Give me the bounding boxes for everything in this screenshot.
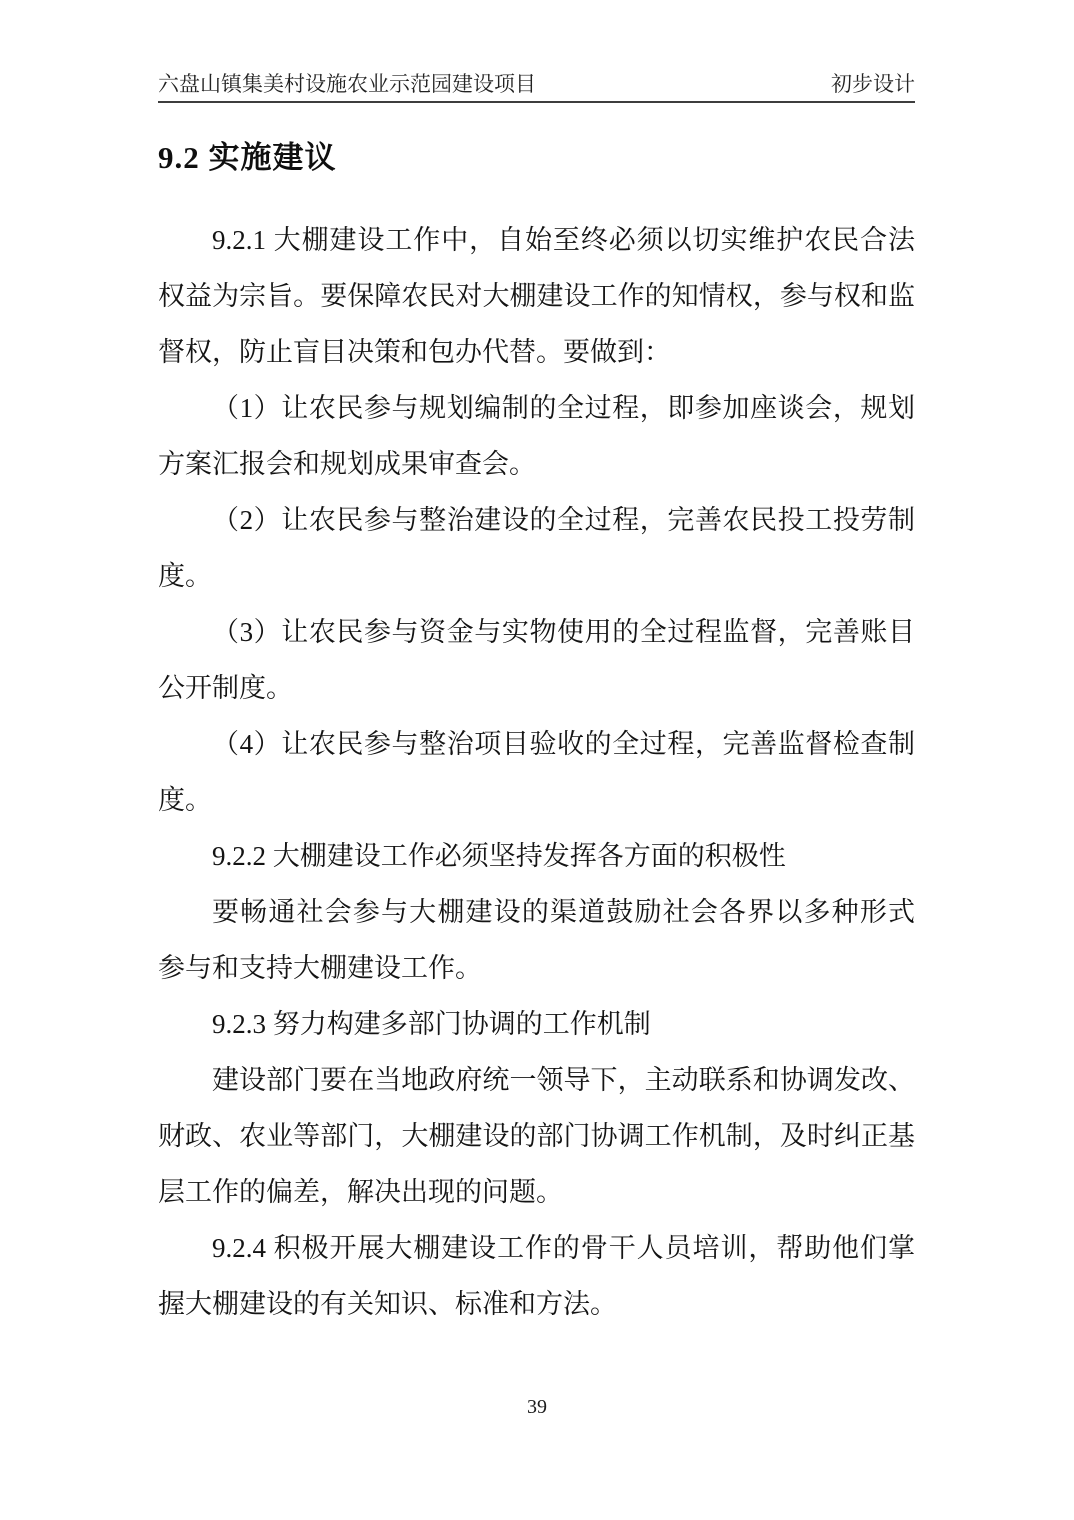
- paragraph-923-body: 建设部门要在当地政府统一领导下，主动联系和协调发改、 财政、农业等部门，大棚建设…: [158, 1052, 915, 1220]
- paragraph-line: 公开制度。: [158, 660, 915, 716]
- paragraph-line: 层工作的偏差，解决出现的问题。: [158, 1164, 915, 1220]
- paragraph-item-1: （1）让农民参与规划编制的全过程，即参加座谈会，规划 方案汇报会和规划成果审查会…: [158, 380, 915, 492]
- paragraph-item-4: （4）让农民参与整治项目验收的全过程，完善监督检查制 度。: [158, 716, 915, 828]
- page-header: 六盘山镇集美村设施农业示范园建设项目 初步设计: [158, 72, 915, 103]
- paragraph-item-3: （3）让农民参与资金与实物使用的全过程监督，完善账目 公开制度。: [158, 604, 915, 716]
- paragraph-line: 9.2.2 大棚建设工作必须坚持发挥各方面的积极性: [158, 828, 915, 884]
- paragraph-line: 9.2.1 大棚建设工作中，自始至终必须以切实维护农民合法: [158, 212, 915, 268]
- paragraph-item-2: （2）让农民参与整治建设的全过程，完善农民投工投劳制 度。: [158, 492, 915, 604]
- paragraph-line: 方案汇报会和规划成果审查会。: [158, 436, 915, 492]
- paragraph-923: 9.2.3 努力构建多部门协调的工作机制: [158, 996, 915, 1052]
- section-title: 9.2 实施建议: [158, 132, 337, 177]
- paragraph-line: 握大棚建设的有关知识、标准和方法。: [158, 1276, 915, 1332]
- paragraph-line: 度。: [158, 772, 915, 828]
- paragraph-line: 9.2.3 努力构建多部门协调的工作机制: [158, 996, 915, 1052]
- paragraph-line: 要畅通社会参与大棚建设的渠道鼓励社会各界以多种形式: [158, 884, 915, 940]
- paragraph-line: 建设部门要在当地政府统一领导下，主动联系和协调发改、: [158, 1052, 915, 1108]
- header-doc-stage: 初步设计: [831, 72, 915, 96]
- paragraph-922: 9.2.2 大棚建设工作必须坚持发挥各方面的积极性: [158, 828, 915, 884]
- paragraph-line: 参与和支持大棚建设工作。: [158, 940, 915, 996]
- paragraph-line: 督权，防止盲目决策和包办代替。要做到：: [158, 324, 915, 380]
- paragraph-line: （3）让农民参与资金与实物使用的全过程监督，完善账目: [158, 604, 915, 660]
- header-project-title: 六盘山镇集美村设施农业示范园建设项目: [158, 72, 536, 96]
- paragraph-line: （4）让农民参与整治项目验收的全过程，完善监督检查制: [158, 716, 915, 772]
- paragraph-921: 9.2.1 大棚建设工作中，自始至终必须以切实维护农民合法 权益为宗旨。要保障农…: [158, 212, 915, 380]
- page-footer: 39: [0, 1396, 1074, 1419]
- document-page: 六盘山镇集美村设施农业示范园建设项目 初步设计 9.2 实施建议 9.2.1 大…: [0, 0, 1074, 1520]
- paragraph-line: 9.2.4 积极开展大棚建设工作的骨干人员培训，帮助他们掌: [158, 1220, 915, 1276]
- paragraph-line: 权益为宗旨。要保障农民对大棚建设工作的知情权，参与权和监: [158, 268, 915, 324]
- paragraph-924: 9.2.4 积极开展大棚建设工作的骨干人员培训，帮助他们掌 握大棚建设的有关知识…: [158, 1220, 915, 1332]
- paragraph-line: 财政、农业等部门，大棚建设的部门协调工作机制，及时纠正基: [158, 1108, 915, 1164]
- paragraph-line: （1）让农民参与规划编制的全过程，即参加座谈会，规划: [158, 380, 915, 436]
- paragraph-line: 度。: [158, 548, 915, 604]
- paragraph-line: （2）让农民参与整治建设的全过程，完善农民投工投劳制: [158, 492, 915, 548]
- paragraph-922-body: 要畅通社会参与大棚建设的渠道鼓励社会各界以多种形式 参与和支持大棚建设工作。: [158, 884, 915, 996]
- page-number: 39: [527, 1396, 547, 1418]
- document-body: 9.2.1 大棚建设工作中，自始至终必须以切实维护农民合法 权益为宗旨。要保障农…: [158, 212, 915, 1332]
